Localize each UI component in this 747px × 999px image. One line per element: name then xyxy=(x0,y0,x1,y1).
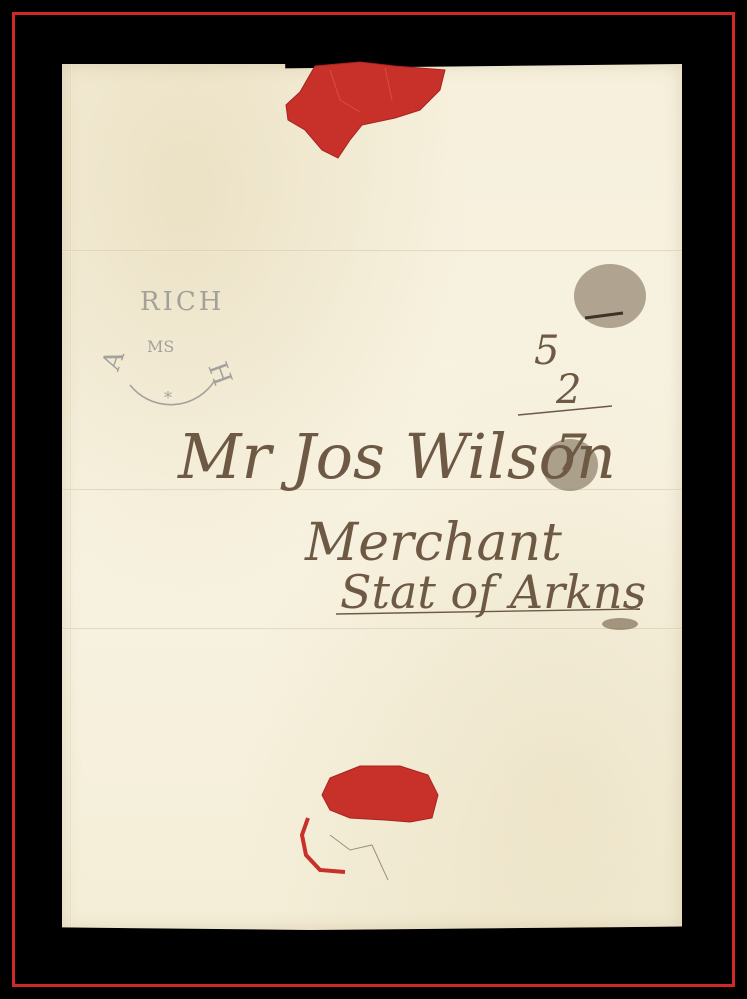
svg-text:Mr Jos Wilson: Mr Jos Wilson xyxy=(177,420,616,493)
svg-text:A: A xyxy=(96,345,131,375)
wax-seal-bottom xyxy=(322,766,438,822)
svg-text:H: H xyxy=(201,358,237,390)
svg-text:MS: MS xyxy=(147,337,174,356)
svg-text:Merchant: Merchant xyxy=(304,513,562,573)
ink-blot xyxy=(602,618,638,630)
svg-text:2: 2 xyxy=(555,367,581,413)
postmark: A RICH H MS * xyxy=(96,287,237,407)
ink-blot xyxy=(574,264,646,328)
address-block: Mr Jos Wilson Merchant Stat of Arkns xyxy=(177,420,646,619)
svg-text:RICH: RICH xyxy=(140,287,224,317)
letter-markings: A RICH H MS * 5 2 7 Mr Jos Wilson Mercha… xyxy=(0,0,747,999)
svg-text:*: * xyxy=(164,388,172,407)
wax-seal-top xyxy=(286,62,445,158)
